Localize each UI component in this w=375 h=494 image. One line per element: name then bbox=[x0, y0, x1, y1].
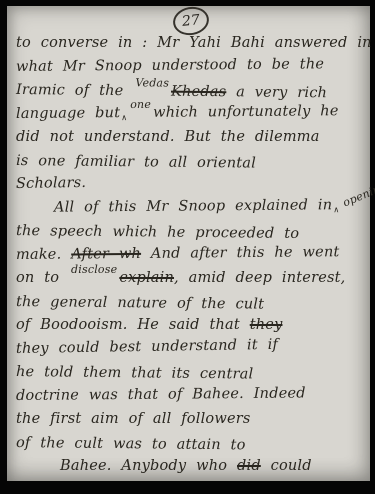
handwritten-text: Bahee. Anybody who bbox=[60, 458, 237, 474]
handwritten-text: did not understand. But the dilemma bbox=[16, 129, 320, 145]
handwritten-line: did not understand. But the dilemma bbox=[16, 126, 366, 150]
handwritten-text: could bbox=[261, 458, 312, 474]
handwritten-line: the general nature of the cult bbox=[16, 291, 366, 318]
struck-out-word: After wh bbox=[71, 245, 141, 262]
handwritten-line: what Mr Snoop understood to be the bbox=[16, 52, 366, 79]
caret-insertion-mark: ∧ bbox=[121, 106, 127, 130]
handwritten-text: to converse in : Mr Yahi Bahi answered i… bbox=[16, 35, 372, 51]
handwritten-text: he told them that its central bbox=[16, 364, 254, 382]
struck-out-word: did bbox=[237, 458, 261, 474]
handwritten-text: , amid deep interest, bbox=[174, 270, 345, 286]
handwritten-text: what Mr Snoop understood to be the bbox=[16, 56, 324, 75]
handwritten-line: Scholars. bbox=[16, 168, 366, 197]
handwritten-line: All of this Mr Snoop explained in∧openin… bbox=[16, 193, 366, 220]
manuscript-text: to converse in : Mr Yahi Bahi answered i… bbox=[16, 32, 366, 479]
handwritten-line: of the cult was to attain to bbox=[16, 432, 366, 459]
handwritten-text: language but bbox=[16, 105, 120, 122]
handwritten-text: is one familiar to all oriental bbox=[16, 153, 256, 172]
struck-out-word: they bbox=[250, 317, 283, 333]
handwritten-line: make. After wh And after this he went bbox=[16, 240, 366, 267]
handwritten-text: a very rich bbox=[226, 84, 327, 101]
handwritten-line: they could best understand it if bbox=[16, 332, 366, 361]
handwritten-line: the first aim of all followers bbox=[16, 408, 366, 432]
handwritten-line: to converse in : Mr Yahi Bahi answered i… bbox=[16, 32, 366, 56]
struck-out-word: explain bbox=[119, 270, 174, 286]
handwritten-text: the general nature of the cult bbox=[16, 294, 264, 313]
handwritten-line: on to discloseexplain, amid deep interes… bbox=[16, 267, 366, 291]
handwritten-text: Iramic of the bbox=[16, 82, 133, 99]
handwritten-text: Scholars. bbox=[16, 175, 86, 192]
handwritten-text: of the cult was to attain to bbox=[16, 435, 246, 453]
struck-out-word: Khedas bbox=[171, 84, 226, 101]
handwritten-text: make. bbox=[16, 246, 71, 262]
handwritten-text: All of this Mr Snoop explained in bbox=[54, 197, 332, 215]
handwritten-text: And after this he went bbox=[141, 244, 340, 262]
photo-frame: 27 to converse in : Mr Yahi Bahi answere… bbox=[0, 0, 375, 494]
handwritten-text: on to bbox=[16, 270, 69, 286]
caret-insertion-mark: ∧ bbox=[333, 198, 339, 222]
handwritten-text: of Boodooism. He said that bbox=[16, 317, 250, 333]
handwritten-text: they could best understand it if bbox=[16, 336, 278, 356]
manuscript-page: 27 to converse in : Mr Yahi Bahi answere… bbox=[7, 6, 370, 481]
handwritten-text: doctrine was that of Bahee. Indeed bbox=[16, 385, 306, 404]
handwritten-text: which unfortunately he bbox=[153, 103, 339, 121]
handwritten-text: the first aim of all followers bbox=[16, 411, 251, 427]
handwritten-line: doctrine was that of Bahee. Indeed bbox=[16, 381, 366, 408]
page-number: 27 bbox=[181, 12, 200, 30]
handwritten-text: the speech which he proceeded to bbox=[16, 223, 299, 242]
handwritten-line: language but∧onewhich unfortunately he bbox=[16, 99, 366, 126]
